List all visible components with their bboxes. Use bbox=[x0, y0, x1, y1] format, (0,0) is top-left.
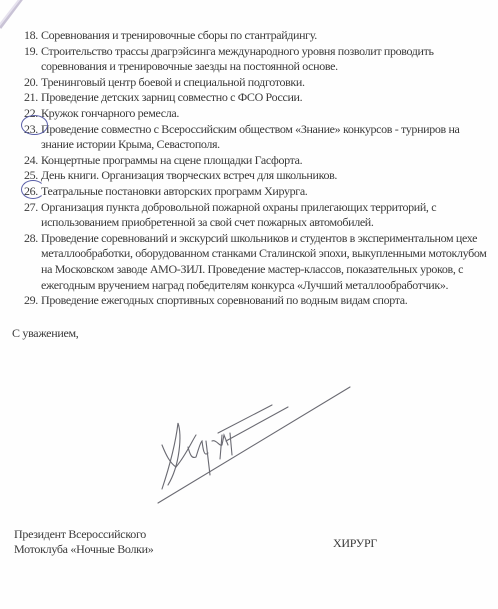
signatory-title-line1: Президент Всероссийского bbox=[14, 527, 153, 542]
corner-fold-mark bbox=[0, 0, 26, 30]
item-number: 28. bbox=[24, 231, 41, 293]
list-item: 20.Тренинговый центр боевой и специально… bbox=[24, 75, 494, 91]
list-item: 25.День книги. Организация творческих вс… bbox=[24, 168, 494, 184]
list-item: 23.Проведение совместно с Всероссийским … bbox=[24, 122, 494, 153]
document-page: 18.Соревнования и тренировочные сборы по… bbox=[0, 0, 498, 609]
item-text: Проведение соревнований и экскурсий школ… bbox=[41, 231, 494, 293]
closing-salutation: С уважением, bbox=[12, 326, 78, 341]
list-item: 27.Организация пункта добровольной пожар… bbox=[24, 200, 494, 231]
list-item: 18.Соревнования и тренировочные сборы по… bbox=[24, 28, 494, 44]
item-text: Тренинговый центр боевой и специальной п… bbox=[41, 75, 494, 91]
list-item: 22.Кружок гончарного ремесла. bbox=[24, 106, 494, 122]
list-item: 29.Проведение ежегодных спортивных сорев… bbox=[24, 293, 494, 309]
item-text: Проведение ежегодных спортивных соревнов… bbox=[41, 293, 494, 309]
item-text: День книги. Организация творческих встре… bbox=[41, 168, 494, 184]
item-number: 20. bbox=[24, 75, 41, 91]
item-text: Кружок гончарного ремесла. bbox=[41, 106, 494, 122]
item-number: 29. bbox=[24, 293, 41, 309]
signatory-title-line2: Мотоклуба «Ночные Волки» bbox=[14, 542, 153, 557]
signatory-name: ХИРУРГ bbox=[333, 536, 377, 551]
item-text: Строительство трассы драгрэйсинга междун… bbox=[41, 44, 494, 75]
list-item: 26.Театральные постановки авторских прог… bbox=[24, 184, 494, 200]
activity-list: 18.Соревнования и тренировочные сборы по… bbox=[24, 28, 494, 309]
list-item: 21.Проведение детских зарниц совместно с… bbox=[24, 90, 494, 106]
item-text: Соревнования и тренировочные сборы по ст… bbox=[41, 28, 494, 44]
item-number: 24. bbox=[24, 153, 41, 169]
item-number: 22. bbox=[24, 106, 41, 122]
list-item: 28.Проведение соревнований и экскурсий ш… bbox=[24, 231, 494, 293]
item-number: 18. bbox=[24, 28, 41, 44]
item-number: 27. bbox=[24, 200, 41, 231]
item-text: Организация пункта добровольной пожарной… bbox=[41, 200, 494, 231]
signatory-title: Президент Всероссийского Мотоклуба «Ночн… bbox=[14, 527, 153, 557]
item-number: 26. bbox=[24, 184, 41, 200]
item-number: 19. bbox=[24, 44, 41, 75]
item-text: Проведение совместно с Всероссийским общ… bbox=[41, 122, 494, 153]
item-text: Проведение детских зарниц совместно с ФС… bbox=[41, 90, 494, 106]
list-item: 24.Концертные программы на сцене площадк… bbox=[24, 153, 494, 169]
item-text: Концертные программы на сцене площадки Г… bbox=[41, 153, 494, 169]
item-text: Театральные постановки авторских програм… bbox=[41, 184, 494, 200]
item-number: 25. bbox=[24, 168, 41, 184]
item-number: 21. bbox=[24, 90, 41, 106]
item-number: 23. bbox=[24, 122, 41, 153]
signature-icon bbox=[140, 385, 380, 515]
list-item: 19.Строительство трассы драгрэйсинга меж… bbox=[24, 44, 494, 75]
